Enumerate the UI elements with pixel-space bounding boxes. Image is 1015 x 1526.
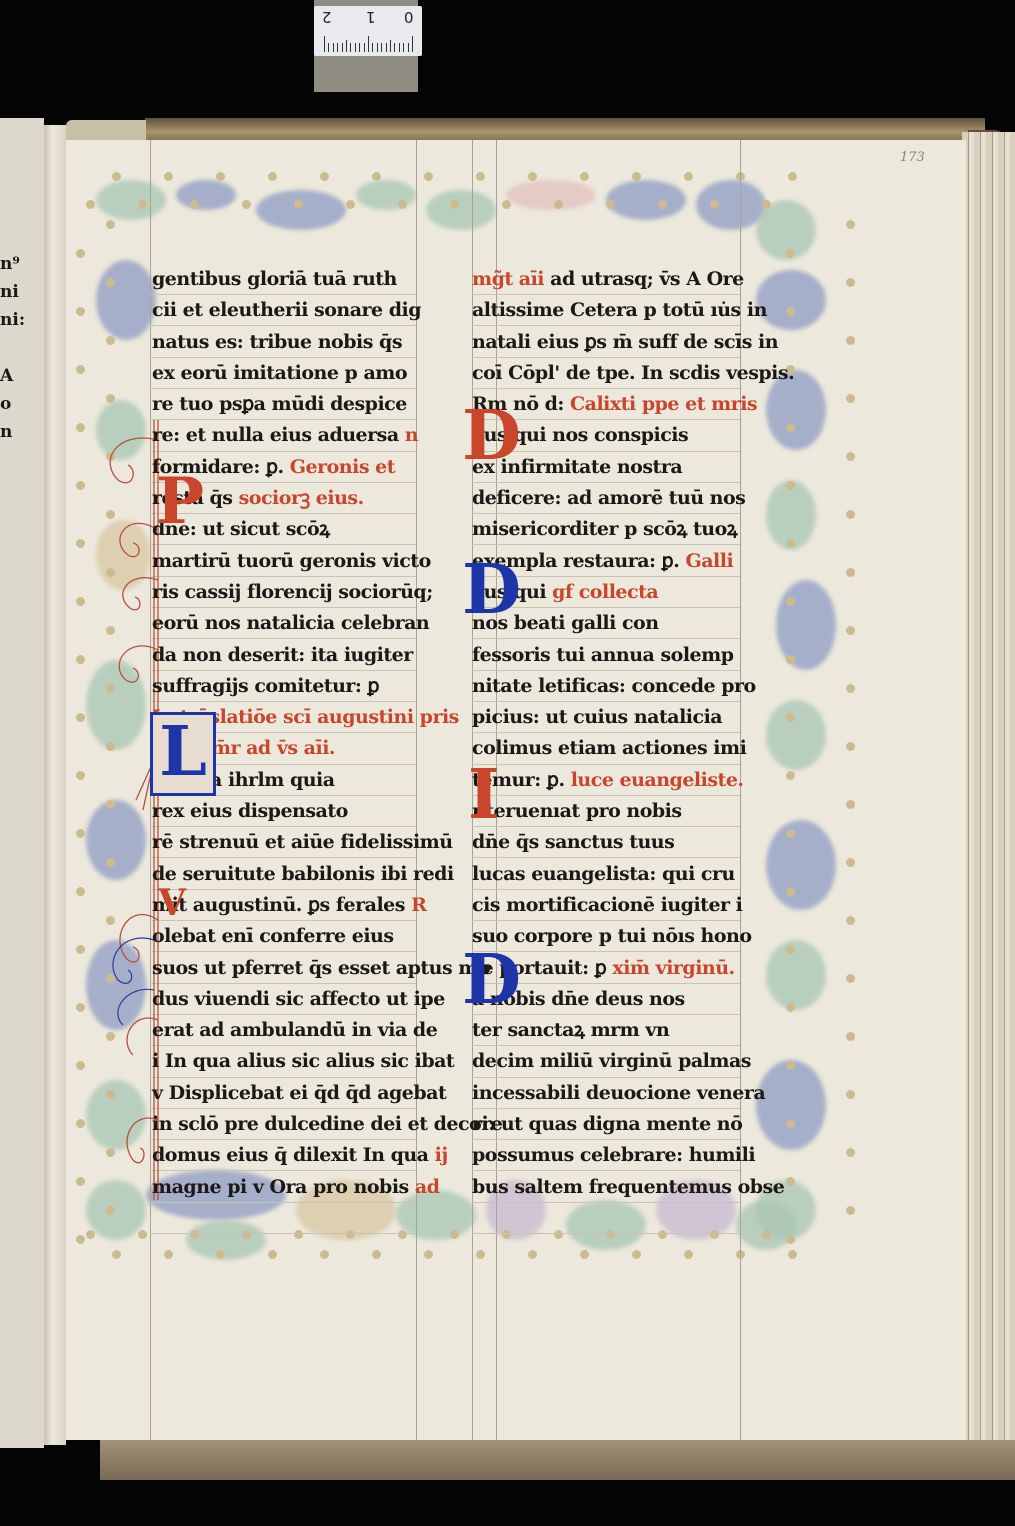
- gold-dot: [786, 1003, 795, 1012]
- gold-dot: [398, 200, 407, 209]
- gold-dot: [786, 249, 795, 258]
- ink-text: cii et eleutherii sonare dig: [152, 299, 421, 321]
- ruler-tick: [328, 43, 329, 52]
- text-line: in sclō pre dulcedine dei et decore: [152, 1109, 442, 1140]
- gold-dot: [190, 200, 199, 209]
- initial-l-illuminated: L: [150, 712, 216, 796]
- gold-dot: [106, 394, 115, 403]
- gold-dot: [190, 1230, 199, 1239]
- gold-dot: [846, 858, 855, 867]
- gold-dot: [846, 278, 855, 287]
- gold-dot: [164, 172, 173, 181]
- floral-motif: [776, 580, 836, 670]
- text-line: olebat enī conferre eius: [152, 921, 442, 952]
- rubric-text: ij: [435, 1144, 448, 1166]
- gold-dot: [846, 974, 855, 983]
- ruler-tick: [337, 43, 338, 52]
- ink-text: re tuo psꝑa mūdi despice: [152, 393, 407, 415]
- ink-text: decim miliū virginū palmas: [472, 1050, 751, 1072]
- text-line: altissime Cetera p totū ıu̇s in: [472, 295, 772, 326]
- gold-dot: [846, 684, 855, 693]
- gold-dot: [398, 1230, 407, 1239]
- ruling-line-horizontal: [150, 1233, 416, 1234]
- ink-text: colimus etiam actiones imi: [472, 737, 746, 759]
- ink-text: nitate letificas: concede pro: [472, 675, 756, 697]
- gold-dot: [684, 172, 693, 181]
- ink-text: de seruitute babilonis ibi redi: [152, 863, 454, 885]
- text-line: mg̃t aīi ad utrasq; v̄s A Ore: [472, 264, 772, 295]
- ruler-tick: [390, 40, 391, 52]
- ink-text: erat ad ambulandū in via de: [152, 1019, 437, 1041]
- gold-dot: [106, 278, 115, 287]
- gold-dot: [846, 394, 855, 403]
- initial-v: V: [158, 886, 186, 920]
- floral-motif: [256, 190, 346, 230]
- ruler-tick: [333, 43, 334, 52]
- ink-text: v Displicebat ei q̄d q̄d agebat: [152, 1082, 446, 1104]
- gold-dot: [684, 1250, 693, 1259]
- gold-dot: [76, 1177, 85, 1186]
- gutter: [44, 125, 66, 1445]
- ink-text: ris cassij florencij sociorūq;: [152, 581, 433, 603]
- gold-dot: [786, 1177, 795, 1186]
- text-line: deficere: ad amorē tuū nos: [472, 483, 772, 514]
- gold-dot: [76, 307, 85, 316]
- ink-text: re: et nulla eius aduersa: [152, 424, 405, 446]
- gold-dot: [294, 200, 303, 209]
- gold-dot: [450, 200, 459, 209]
- gold-dot: [372, 172, 381, 181]
- ink-text: lucas euangelista: qui cru: [472, 863, 735, 885]
- text-line: lucas euangelista: qui cru: [472, 859, 772, 890]
- text-line: natali eius ꝑs m̄ suff de scīs in: [472, 327, 772, 358]
- left-page-text-fragment: n⁹ ni ni: A o n: [0, 250, 30, 446]
- ink-text: nteruenıat pro nobis: [472, 800, 682, 822]
- gold-dot: [242, 200, 251, 209]
- text-line: de seruitute babilonis ibi redi: [152, 859, 442, 890]
- ink-text: domus eius q̄ dilexit In qua: [152, 1144, 435, 1166]
- floral-motif: [766, 820, 836, 910]
- gold-dot: [710, 1230, 719, 1239]
- rubric-text: Calixti ppe et mris: [570, 393, 757, 415]
- gold-dot: [762, 200, 771, 209]
- gold-dot: [786, 481, 795, 490]
- text-line: possumus celebrare: humili: [472, 1140, 772, 1171]
- ruler-tick: [408, 43, 409, 52]
- stacked-page-edges: [962, 132, 1015, 1462]
- gold-dot: [786, 539, 795, 548]
- gold-dot: [294, 1230, 303, 1239]
- gold-dot: [450, 1230, 459, 1239]
- ink-text: suos ut pferret q̄s esset aptus mo: [152, 957, 490, 979]
- gold-dot: [786, 597, 795, 606]
- text-line: nteruenıat pro nobis: [472, 796, 772, 827]
- text-line: suffragijs comitetur: ꝑ: [152, 671, 442, 702]
- gold-dot: [138, 200, 147, 209]
- ink-text: magne pi v Ora pro nobis: [152, 1176, 415, 1198]
- gold-dot: [786, 945, 795, 954]
- rubric-text: mg̃t aīi: [472, 268, 550, 290]
- ink-text: rē strenuū et aiūe fidelissimū: [152, 831, 453, 853]
- gold-dot: [76, 655, 85, 664]
- ink-text: altissime Cetera p totū ıu̇s in: [472, 299, 767, 321]
- text-line: dn̄e q̄s sanctus tuus: [472, 827, 772, 858]
- text-line: ris cassij florencij sociorūq;: [152, 577, 442, 608]
- gold-dot: [528, 1250, 537, 1259]
- ink-text: cis mortificacionē iugiter i: [472, 894, 742, 916]
- text-line: misericorditer p scōꝝ tuoꝝ: [472, 514, 772, 545]
- gold-dot: [106, 336, 115, 345]
- gold-dot: [788, 1250, 797, 1259]
- gold-dot: [786, 771, 795, 780]
- floral-motif: [696, 180, 766, 230]
- gold-dot: [788, 172, 797, 181]
- text-line: coī Cōpl' de tpe. In scdis vespis.: [472, 358, 772, 389]
- gold-dot: [106, 1206, 115, 1215]
- text-line: ex eorū imitatione p amo: [152, 358, 442, 389]
- text-line: magne pi v Ora pro nobis ad: [152, 1172, 442, 1203]
- ruler-tick: [324, 36, 325, 52]
- rubric-text: gf collecta: [552, 581, 658, 603]
- text-line: fessoris tui annua solemp: [472, 640, 772, 671]
- gold-dot: [112, 172, 121, 181]
- ink-text: natali eius ꝑs m̄ suff de scīs in: [472, 331, 778, 353]
- gold-dot: [786, 423, 795, 432]
- ruler-tick: [399, 43, 400, 52]
- gold-dot: [502, 1230, 511, 1239]
- ruler-tick: [372, 43, 373, 52]
- gold-dot: [216, 1250, 225, 1259]
- floral-motif: [606, 180, 686, 220]
- gold-dot: [76, 1119, 85, 1128]
- ruler-tick: [381, 43, 382, 52]
- gold-dot: [76, 1235, 85, 1244]
- ruler-tick: [355, 43, 356, 52]
- gold-dot: [268, 172, 277, 181]
- gold-dot: [846, 916, 855, 925]
- floral-motif: [426, 190, 496, 230]
- text-line: suos ut pferret q̄s esset aptus mo: [152, 953, 442, 984]
- floral-motif: [766, 700, 826, 770]
- text-line: picius: ut cuius natalicia: [472, 702, 772, 733]
- gold-dot: [76, 539, 85, 548]
- gold-dot: [658, 200, 667, 209]
- text-line: i In qua alius sic alius sic ibat: [152, 1046, 442, 1077]
- text-line: v Displicebat ei q̄d q̄d agebat: [152, 1078, 442, 1109]
- text-line: mit augustinū. ꝑs ferales R: [152, 890, 442, 921]
- text-line: domus eius q̄ dilexit In qua ij: [152, 1140, 442, 1171]
- rubric-text: Galli: [685, 550, 733, 572]
- text-line: ri: ut quas digna mente nō: [472, 1109, 772, 1140]
- floral-motif: [96, 260, 156, 340]
- gold-dot: [554, 1230, 563, 1239]
- text-line: erat ad ambulandū in via de: [152, 1015, 442, 1046]
- ink-text: dus viuendi sic affecto ut ipe: [152, 988, 445, 1010]
- gold-dot: [554, 200, 563, 209]
- gold-dot: [346, 1230, 355, 1239]
- gold-dot: [786, 1235, 795, 1244]
- ink-text: fessoris tui annua solemp: [472, 644, 734, 666]
- gold-dot: [846, 568, 855, 577]
- gold-dot: [216, 172, 225, 181]
- gold-dot: [762, 1230, 771, 1239]
- gold-dot: [76, 249, 85, 258]
- folio-number: 173: [900, 150, 925, 165]
- floral-motif: [176, 180, 236, 210]
- ink-text: ex eorū imitatione p amo: [152, 362, 407, 384]
- gold-dot: [580, 1250, 589, 1259]
- gold-dot: [786, 655, 795, 664]
- ruling-line-horizontal: [472, 1233, 740, 1234]
- initial-d-red: D: [462, 402, 521, 470]
- text-line: incessabili deuocione venera: [472, 1078, 772, 1109]
- floral-motif: [766, 940, 826, 1010]
- gold-dot: [76, 829, 85, 838]
- gold-dot: [476, 1250, 485, 1259]
- ruler-tick: [403, 43, 404, 52]
- ink-text: ri: ut quas digna mente nō: [472, 1113, 742, 1135]
- ruler-label-2: 2: [322, 8, 332, 26]
- bottom-book-edge: [100, 1440, 1015, 1480]
- gold-dot: [112, 1250, 121, 1259]
- text-line: nitate letificas: concede pro: [472, 671, 772, 702]
- ink-text: in sclō pre dulcedine dei et decore: [152, 1113, 502, 1135]
- ruler-tick: [394, 43, 395, 52]
- gold-dot: [268, 1250, 277, 1259]
- ink-text: incessabili deuocione venera: [472, 1082, 765, 1104]
- ink-text: natus es: tribue nobis q̄s: [152, 331, 402, 353]
- rubric-text: luce euangeliste.: [571, 769, 744, 791]
- gold-dot: [76, 597, 85, 606]
- floral-motif: [356, 180, 416, 210]
- gold-dot: [76, 1061, 85, 1070]
- ruler-tick: [346, 40, 347, 52]
- ink-text: mit augustinū. ꝑs ferales: [152, 894, 411, 916]
- text-line: gentibus gloriā tuā ruth: [152, 264, 442, 295]
- ink-text: suffragijs comitetur: ꝑ: [152, 675, 379, 697]
- gold-dot: [846, 800, 855, 809]
- gold-dot: [76, 887, 85, 896]
- ink-text: ter sanctaꝝ mrm vn: [472, 1019, 669, 1041]
- gold-dot: [346, 200, 355, 209]
- gold-dot: [786, 1119, 795, 1128]
- ink-text: eorū nos natalicia celebran: [152, 612, 429, 634]
- text-line: eorū nos natalicia celebran: [152, 608, 442, 639]
- gold-dot: [786, 887, 795, 896]
- text-line: bus saltem frequentemus obse: [472, 1172, 772, 1203]
- initial-i-red: I: [468, 760, 500, 830]
- text-line: dus viuendi sic affecto ut ipe: [152, 984, 442, 1015]
- gold-dot: [786, 1061, 795, 1070]
- rubric-text: ad: [415, 1176, 440, 1198]
- gold-dot: [372, 1250, 381, 1259]
- ruler-label-0: 0: [404, 8, 414, 26]
- gold-dot: [786, 713, 795, 722]
- ink-text: martirū tuorū geronis victo: [152, 550, 431, 572]
- text-line: re tuo psꝑa mūdi despice: [152, 389, 442, 420]
- gold-dot: [76, 481, 85, 490]
- initial-d-blue-2: D: [462, 946, 521, 1014]
- gold-dot: [76, 713, 85, 722]
- rubric-text: Geronis et: [290, 456, 395, 478]
- ruler-tick: [359, 43, 360, 52]
- rubric-text: sociorꝫ eius.: [239, 487, 364, 509]
- text-line: cii et eleutherii sonare dig: [152, 295, 442, 326]
- text-line: natus es: tribue nobis q̄s: [152, 327, 442, 358]
- gold-dot: [846, 1148, 855, 1157]
- gold-dot: [846, 220, 855, 229]
- gold-dot: [846, 626, 855, 635]
- floral-motif: [566, 1200, 646, 1250]
- gold-dot: [846, 510, 855, 519]
- initial-p: P: [156, 470, 204, 534]
- ink-text: gentibus gloriā tuā ruth: [152, 268, 397, 290]
- rubric-text: xim̄ virginū.: [612, 957, 734, 979]
- text-line: re: et nulla eius aduersa n: [152, 420, 442, 451]
- text-line: rē strenuū et aiūe fidelissimū: [152, 827, 442, 858]
- rubric-text: R: [411, 894, 426, 916]
- floral-motif: [506, 180, 596, 210]
- gold-dot: [632, 1250, 641, 1259]
- gold-dot: [606, 1230, 615, 1239]
- text-line: rex eius dispensato: [152, 796, 442, 827]
- scale-ruler: 2 1 0: [314, 6, 422, 56]
- gold-dot: [138, 1230, 147, 1239]
- gold-dot: [164, 1250, 173, 1259]
- gold-dot: [846, 1032, 855, 1041]
- gold-dot: [846, 742, 855, 751]
- ink-text: rex eius dispensato: [152, 800, 348, 822]
- rubric-text: m̄r ad v̄s aīi.: [211, 737, 335, 759]
- rubric-text: n: [405, 424, 418, 446]
- gold-dot: [606, 200, 615, 209]
- gold-dot: [528, 172, 537, 181]
- ink-text: coī Cōpl' de tpe. In scdis vespis.: [472, 362, 794, 384]
- gold-dot: [580, 172, 589, 181]
- gold-dot: [786, 307, 795, 316]
- gold-dot: [424, 172, 433, 181]
- ink-text: bus saltem frequentemus obse: [472, 1176, 784, 1198]
- ink-text: olebat enī conferre eius: [152, 925, 394, 947]
- text-line: da non deserit: ita iugiter: [152, 640, 442, 671]
- ink-text: da non deserit: ita iugiter: [152, 644, 413, 666]
- text-line: cis mortificacionē iugiter i: [472, 890, 772, 921]
- gold-dot: [106, 220, 115, 229]
- gold-dot: [76, 365, 85, 374]
- gold-dot: [242, 1230, 251, 1239]
- ink-text: deficere: ad amorē tuū nos: [472, 487, 745, 509]
- gold-dot: [476, 172, 485, 181]
- gold-dot: [86, 1230, 95, 1239]
- gold-dot: [86, 200, 95, 209]
- ink-text: picius: ut cuius natalicia: [472, 706, 722, 728]
- ink-text: ad utrasq; v̄s A Ore: [550, 268, 744, 290]
- text-line: martirū tuorū geronis victo: [152, 546, 442, 577]
- ruler-label-1: 1: [366, 8, 376, 26]
- ruler-tick: [368, 36, 369, 52]
- gold-dot: [76, 423, 85, 432]
- gold-dot: [76, 1003, 85, 1012]
- initial-d-blue: D: [462, 556, 521, 624]
- gold-dot: [846, 1090, 855, 1099]
- gold-dot: [320, 172, 329, 181]
- gold-dot: [76, 771, 85, 780]
- gold-dot: [658, 1230, 667, 1239]
- ruler-tick: [386, 43, 387, 52]
- gold-dot: [846, 336, 855, 345]
- gold-dot: [710, 200, 719, 209]
- floral-motif: [186, 1220, 266, 1260]
- ruler-tick: [350, 43, 351, 52]
- gold-dot: [786, 829, 795, 838]
- gold-dot: [846, 452, 855, 461]
- gold-dot: [632, 172, 641, 181]
- ink-text: dn̄e q̄s sanctus tuus: [472, 831, 674, 853]
- ink-text: misericorditer p scōꝝ tuoꝝ: [472, 518, 737, 540]
- ink-text: possumus celebrare: humili: [472, 1144, 755, 1166]
- floral-motif: [96, 180, 166, 220]
- ruler-tick: [342, 43, 343, 52]
- ruler-tick: [364, 43, 365, 52]
- ink-text: i In qua alius sic alius sic ibat: [152, 1050, 454, 1072]
- gold-dot: [320, 1250, 329, 1259]
- gold-dot: [424, 1250, 433, 1259]
- text-line: decim miliū virginū palmas: [472, 1046, 772, 1077]
- ruler-tick: [377, 43, 378, 52]
- text-line: colimus etiam actiones imi: [472, 733, 772, 764]
- text-line: temur: ꝑ. luce euangeliste.: [472, 765, 772, 796]
- gold-dot: [846, 1206, 855, 1215]
- ruler-tick: [412, 36, 413, 52]
- gold-dot: [76, 945, 85, 954]
- gold-dot: [502, 200, 511, 209]
